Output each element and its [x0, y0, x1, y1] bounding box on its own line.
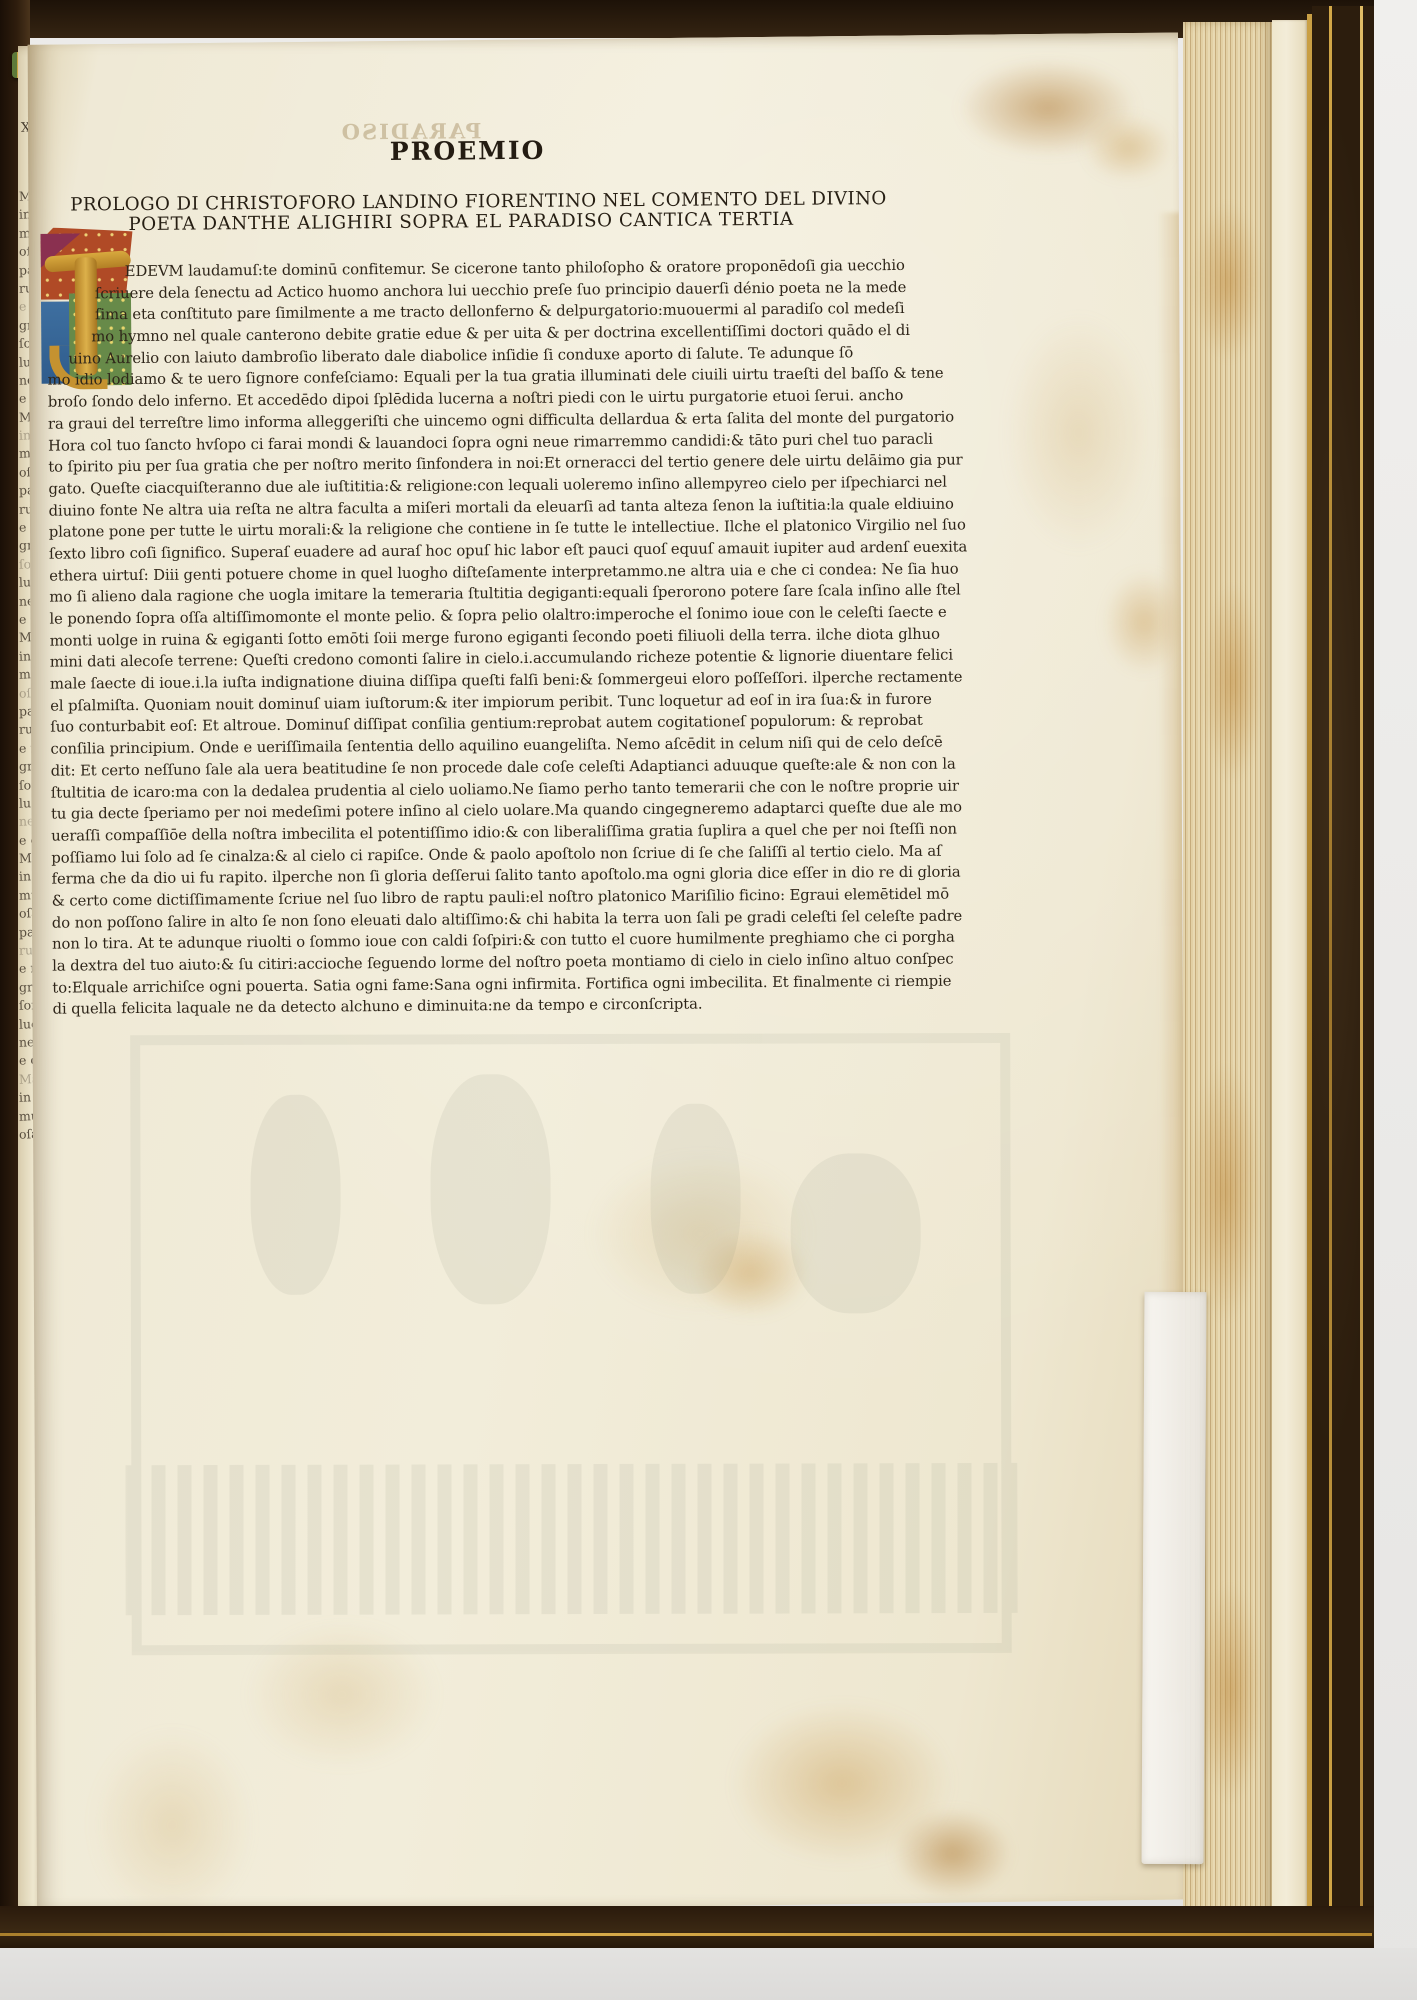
photo-backdrop: [0, 1948, 1417, 2000]
top-cover-leather-edge: [0, 0, 1380, 38]
tissue-interleaf-strip: [1142, 1292, 1207, 1864]
gold-fillet-edge: [1360, 6, 1363, 1942]
back-cover-board: [1312, 6, 1374, 1942]
fore-edge-foxing: [1198, 1582, 1263, 1802]
flyleaf-edge: [1272, 20, 1308, 1932]
photograph-of-incunabulum-page: { "page": { "show_through_headline": "PA…: [0, 0, 1417, 2000]
fore-edge-foxing: [1188, 1062, 1263, 1322]
page-heading: PROEMIO: [390, 136, 546, 166]
fore-edge-foxing: [1203, 582, 1263, 782]
book-page: PARADISO PROEMIO PROLOGO DI CHRISTOFORO …: [28, 32, 1188, 1915]
prologue-title: PROLOGO DI CHRISTOFORO LANDINO FIORENTIN…: [70, 188, 1020, 234]
printed-text-block: PARADISO PROEMIO PROLOGO DI CHRISTOFORO …: [27, 27, 1197, 1916]
fore-edge-foxing: [1193, 202, 1263, 362]
bottom-cover-leather-edge: [0, 1906, 1378, 1950]
gold-fillet-line: [1329, 6, 1332, 1942]
body-text: EDEVM laudamuſ:te dominū confitemur. Se …: [47, 256, 993, 1022]
bottom-gold-fillet: [0, 1933, 1372, 1936]
photo-backdrop: [1374, 0, 1417, 2000]
